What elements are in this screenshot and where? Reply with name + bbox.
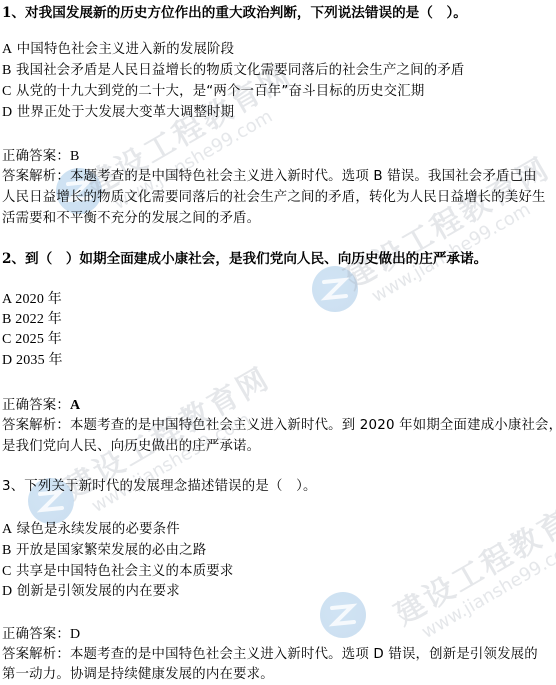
option-letter: C (2, 564, 12, 579)
answer-value: D (70, 627, 80, 642)
option-letter: A (2, 42, 12, 57)
option-letter: C (2, 84, 12, 99)
option-text: 2020 年 (15, 292, 62, 307)
question-2-answer: 正确答案：A (2, 396, 80, 416)
question-1-explanation-line: 答案解析：本题考查的是中国特色社会主义进入新时代。选项 B 错误。我国社会矛盾已… (2, 167, 537, 187)
option-letter: A (2, 292, 12, 307)
option-text: 2025 年 (15, 332, 62, 347)
option-letter: C (2, 332, 12, 347)
question-3-explanation-line: 答案解析：本题考查的是中国特色社会主义进入新时代。选项 D 错误，创新是引领发展… (2, 645, 538, 665)
option-text: 从党的十九大到党的二十大，是“两个一百年”奋斗目标的历史交汇期 (16, 84, 424, 99)
option-text: 开放是国家繁荣发展的必由之路 (16, 543, 206, 558)
option-letter: B (2, 312, 12, 327)
answer-label: 正确答案： (2, 627, 70, 642)
question-3-option-b: B 开放是国家繁荣发展的必由之路 (2, 541, 206, 561)
option-letter: D (2, 353, 12, 368)
question-1-explanation-line: 活需要和不平衡不充分的发展之间的矛盾。 (2, 209, 260, 229)
question-1-answer: 正确答案：B (2, 147, 80, 167)
question-2-option-d: D 2035 年 (2, 351, 63, 371)
option-text: 创新是引领发展的内在要求 (17, 584, 180, 599)
watermark-logo-icon (312, 266, 358, 312)
question-2-explanation-line: 答案解析：本题考查的是中国特色社会主义进入新时代。到 2020 年如期全面建成小… (2, 416, 556, 436)
option-letter: B (2, 543, 12, 558)
option-letter: D (2, 105, 12, 120)
option-text: 中国特色社会主义进入新的发展阶段 (17, 42, 234, 57)
question-2-explanation-line: 是我们党向人民、向历史做出的庄严承诺。 (2, 437, 260, 457)
question-3-answer: 正确答案：D (2, 625, 80, 645)
option-text: 世界正处于大发展大变革大调整时期 (17, 105, 234, 120)
option-text: 共享是中国特色社会主义的本质要求 (16, 564, 233, 579)
question-1-title: 1、对我国发展新的历史方位作出的重大政治判断，下列说法错误的是（ ）。 (2, 3, 467, 23)
question-1-option-b: B 我国社会矛盾是人民日益增长的物质文化需要同落后的社会生产之间的矛盾 (2, 61, 465, 81)
question-2-title: 2、到（ ）如期全面建成小康社会，是我们党向人民、向历史做出的庄严承诺。 (2, 249, 487, 269)
option-text: 2022 年 (15, 312, 62, 327)
question-3-option-c: C 共享是中国特色社会主义的本质要求 (2, 562, 233, 582)
option-letter: A (2, 522, 12, 537)
question-3-explanation-line: 第一动力。协调是持续健康发展的内在要求。 (2, 665, 274, 685)
option-letter: D (2, 584, 12, 599)
question-1-explanation-line: 人民日益增长的物质文化需要同落后的社会生产之间的矛盾，转化为人民日益增长的美好生 (2, 188, 546, 208)
question-3-title: 3、下列关于新时代的发展理念描述错误的是（ ）。 (2, 477, 317, 497)
watermark-logo-icon (320, 592, 366, 638)
answer-label: 正确答案： (2, 149, 70, 164)
option-letter: B (2, 63, 12, 78)
question-3-option-a: A 绿色是永续发展的必要条件 (2, 520, 180, 540)
option-text: 我国社会矛盾是人民日益增长的物质文化需要同落后的社会生产之间的矛盾 (16, 63, 465, 78)
option-text: 2035 年 (16, 353, 63, 368)
question-1-option-c: C 从党的十九大到党的二十大，是“两个一百年”奋斗目标的历史交汇期 (2, 82, 424, 102)
question-3-option-d: D 创新是引领发展的内在要求 (2, 582, 180, 602)
answer-value: B (70, 149, 80, 164)
answer-value: A (70, 398, 80, 413)
question-2-option-a: A 2020 年 (2, 290, 62, 310)
question-1-option-d: D 世界正处于大发展大变革大调整时期 (2, 103, 234, 123)
watermark-text: 建设工程教育网 www.jianshe99.com (390, 489, 556, 650)
answer-label: 正确答案： (2, 398, 70, 413)
question-2-option-c: C 2025 年 (2, 330, 62, 350)
question-1-option-a: A 中国特色社会主义进入新的发展阶段 (2, 40, 234, 60)
question-2-option-b: B 2022 年 (2, 310, 62, 330)
option-text: 绿色是永续发展的必要条件 (17, 522, 180, 537)
